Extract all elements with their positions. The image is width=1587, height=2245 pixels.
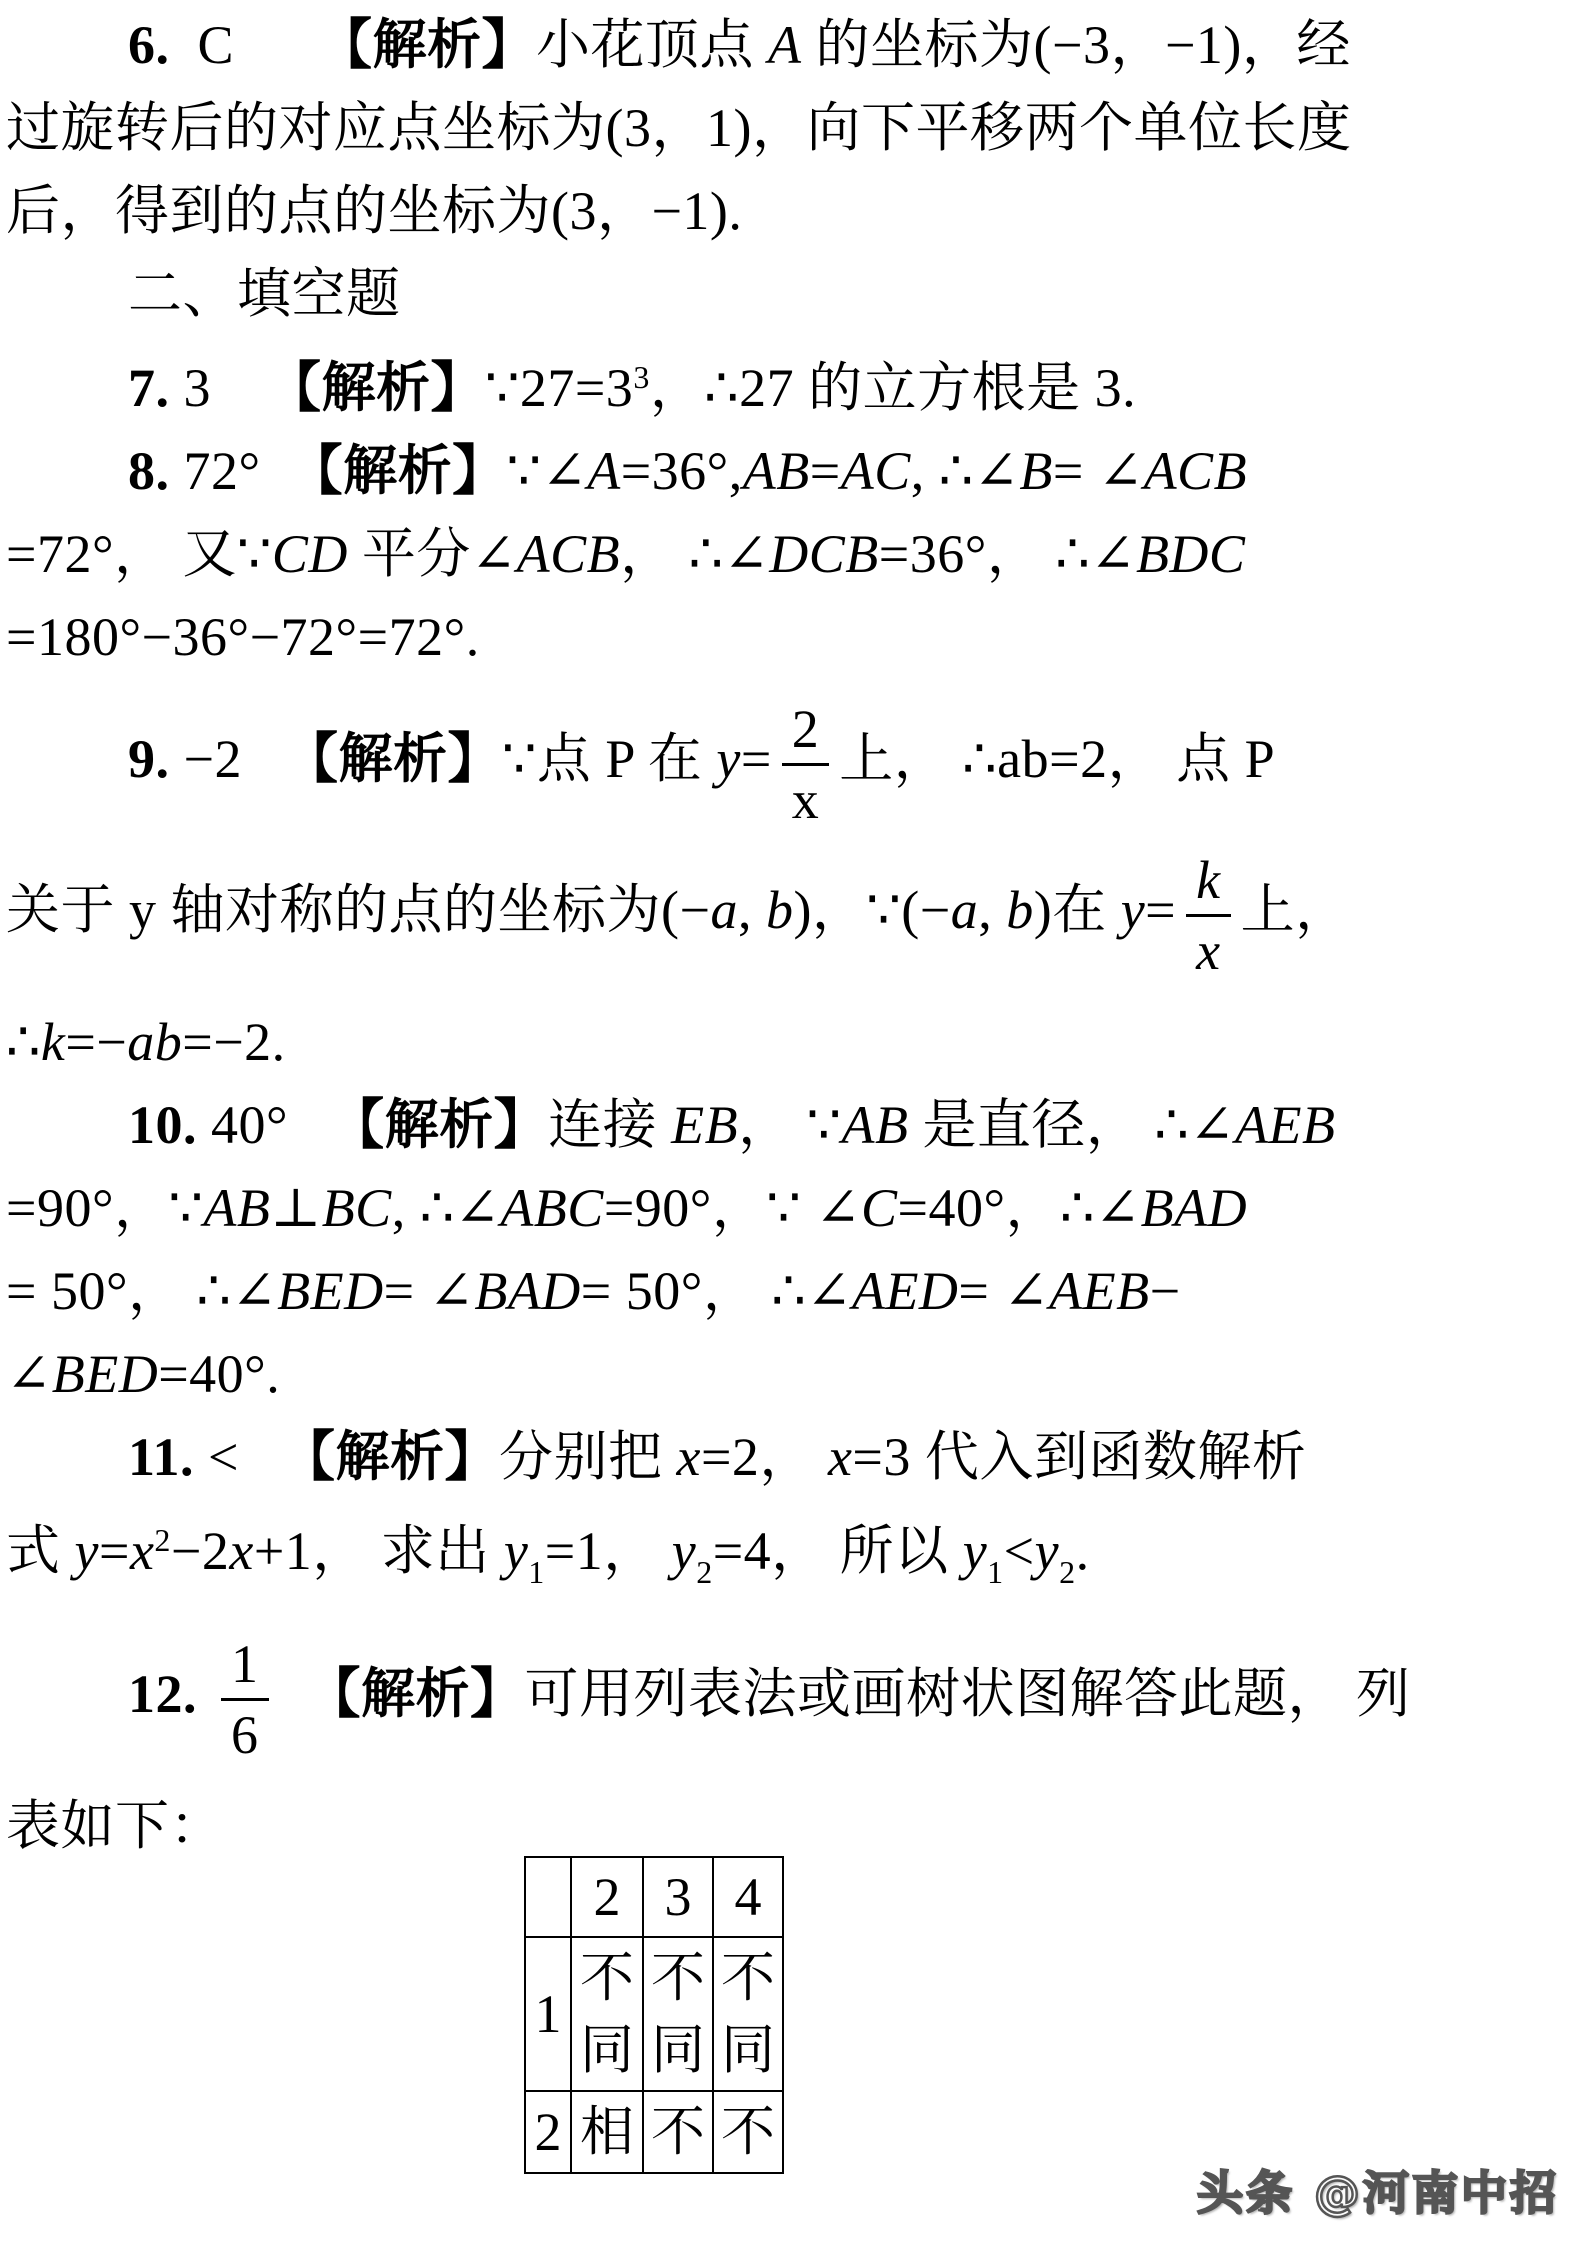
- text-segment: AEB: [1049, 1261, 1149, 1321]
- text-segment: x: [229, 1521, 253, 1581]
- text-segment: 后，得到的点的坐标为(3，−1).: [6, 181, 742, 241]
- table-cell: 不同: [571, 1937, 643, 2091]
- text-segment: y: [1035, 1521, 1059, 1581]
- text-segment: ,: [738, 880, 766, 940]
- fraction-numerator: k: [1186, 850, 1230, 917]
- text-segment: 11.: [128, 1427, 194, 1487]
- text-segment: 3: [633, 359, 650, 395]
- text-segment: =72°， 又∵: [6, 524, 272, 584]
- text-segment: 表如下：: [6, 1796, 224, 1856]
- text-segment: b: [766, 880, 794, 940]
- text-segment: +1， 求出: [254, 1521, 504, 1581]
- text-segment: AB: [743, 441, 810, 501]
- watermark: 头条 @河南中招: [1197, 2157, 1559, 2223]
- text-segment: A: [768, 15, 802, 75]
- text-segment: 8.: [128, 441, 170, 501]
- text-segment: 【解析】: [284, 729, 502, 789]
- text-segment: 上，: [1241, 880, 1350, 940]
- text-segment: C: [861, 1178, 898, 1238]
- probability-table: 2341不同不同不同2相不不: [524, 1856, 784, 2174]
- table-header-cell: 3: [643, 1857, 713, 1937]
- text-segment: 【解析】: [289, 441, 507, 501]
- text-segment: = 50°， ∴∠: [6, 1261, 277, 1321]
- text-segment: =: [1145, 880, 1176, 940]
- text-segment: C: [170, 15, 319, 75]
- text-line: 6. C 【解析】小花顶点 A 的坐标为(−3，−1)，经: [0, 4, 1587, 87]
- text-line: 式 y=x2−2x+1， 求出 y1=1， y2=4， 所以 y1<y2.: [0, 1499, 1587, 1614]
- text-segment: 的坐标为(−3，−1)，经: [802, 15, 1351, 75]
- text-segment: −2: [171, 1521, 229, 1581]
- text-segment: )，∵(−: [793, 880, 950, 940]
- text-line: 8. 72° 【解析】∵∠A=36°,AB=AC, ∴∠B= ∠ACB: [0, 430, 1587, 513]
- text-line: = 50°， ∴∠BED= ∠BAD= 50°， ∴∠AED= ∠AEB−: [0, 1250, 1587, 1333]
- table-row-label: 1: [525, 1937, 571, 2091]
- text-segment: AED: [852, 1261, 958, 1321]
- text-segment: ABC: [500, 1178, 604, 1238]
- fraction-denominator: 6: [221, 1701, 269, 1765]
- text-line: 关于 y 轴对称的点的坐标为(−a, b)，∵(−a, b)在 y=kx上，: [0, 850, 1587, 981]
- text-line: ∠BED=40°.: [0, 1333, 1587, 1416]
- text-segment: =40°，∴∠: [898, 1178, 1141, 1238]
- text-segment: y: [504, 1521, 528, 1581]
- text-segment: ∵∠: [507, 441, 588, 501]
- text-segment: 6.: [128, 15, 170, 75]
- table-cell: 不: [713, 2091, 783, 2173]
- text-segment: , ∴∠: [392, 1178, 501, 1238]
- text-segment: 72°: [170, 441, 289, 501]
- text-segment: ACB: [517, 524, 621, 584]
- table-row-label: 2: [525, 2091, 571, 2173]
- text-segment: 是直径， ∴∠: [908, 1095, 1235, 1155]
- table-body: 2341不同不同不同2相不不: [525, 1857, 783, 2173]
- text-segment: =1，: [545, 1521, 672, 1581]
- text-segment: =90°，∵ ∠: [604, 1178, 861, 1238]
- text-segment: x: [677, 1427, 701, 1487]
- text-line: 11. < 【解析】分别把 x=2， x=3 代入到函数解析: [0, 1416, 1587, 1499]
- table-row: 2相不不: [525, 2091, 783, 2173]
- text-segment: 10.: [128, 1095, 197, 1155]
- text-line: =72°， 又∵CD 平分∠ACB， ∴∠DCB=36°， ∴∠BDC: [0, 513, 1587, 596]
- text-segment: ,: [978, 880, 1006, 940]
- text-line: 9. −2 【解析】∵点 P 在 y=2x上， ∴ab=2， 点 P: [0, 699, 1587, 830]
- text-segment: y: [716, 729, 740, 789]
- text-segment: y: [75, 1521, 99, 1581]
- text-segment: =36°,: [621, 441, 743, 501]
- text-segment: CD: [272, 524, 348, 584]
- fraction-denominator: x: [782, 766, 830, 830]
- text-segment: [197, 1664, 211, 1724]
- text-segment: b: [1006, 880, 1034, 940]
- text-segment: =4， 所以: [713, 1521, 963, 1581]
- text-segment: BED: [52, 1344, 158, 1404]
- text-segment: 2: [154, 1522, 171, 1558]
- text-segment: ， ∴∠: [620, 524, 769, 584]
- text-segment: 连接: [548, 1095, 671, 1155]
- text-segment: a: [710, 880, 738, 940]
- fraction-numerator: 2: [782, 699, 830, 766]
- table-header-row: 234: [525, 1857, 783, 1937]
- text-segment: AB: [841, 1095, 908, 1155]
- text-line: =90°，∵AB⊥BC, ∴∠ABC=90°，∵ ∠C=40°，∴∠BAD: [0, 1167, 1587, 1250]
- text-segment: AB: [203, 1178, 270, 1238]
- table-cell: 不: [643, 2091, 713, 2173]
- table-cell: 不同: [643, 1937, 713, 2091]
- table-header-cell: 4: [713, 1857, 783, 1937]
- text-segment: ∠: [6, 1344, 52, 1404]
- text-line: =180°−36°−72°=72°.: [0, 596, 1587, 679]
- text-line: 10. 40° 【解析】连接 EB， ∵AB 是直径， ∴∠AEB: [0, 1084, 1587, 1167]
- text-segment: =−2.: [182, 1012, 285, 1072]
- text-segment: 可用列表法或画树状图解答此题， 列: [525, 1664, 1411, 1724]
- text-segment: 2: [1059, 1554, 1076, 1590]
- text-segment: 【解析】: [330, 1095, 548, 1155]
- text-segment: <: [194, 1427, 281, 1487]
- text-line: 12. 16 【解析】可用列表法或画树状图解答此题， 列: [0, 1634, 1587, 1765]
- text-segment: =2，: [701, 1427, 828, 1487]
- text-segment: ，∴27 的立方根是 3.: [650, 358, 1136, 418]
- text-segment: .: [1076, 1521, 1090, 1581]
- text-segment: 小花顶点: [536, 15, 768, 75]
- text-segment: y: [963, 1521, 987, 1581]
- fraction-numerator: 1: [221, 1634, 269, 1701]
- text-segment: BED: [277, 1261, 383, 1321]
- text-segment: 2: [696, 1554, 713, 1590]
- text-segment: BC: [322, 1178, 392, 1238]
- text-segment: ⊥: [270, 1178, 321, 1238]
- text-segment: BAD: [474, 1261, 580, 1321]
- text-segment: 12.: [128, 1664, 197, 1724]
- text-segment: 9.: [128, 729, 170, 789]
- fraction: kx: [1186, 850, 1230, 981]
- text-segment: 【解析】: [318, 15, 536, 75]
- table-cell: 相: [571, 2091, 643, 2173]
- text-segment: 1: [528, 1554, 545, 1590]
- text-segment: = 50°， ∴∠: [581, 1261, 852, 1321]
- text-segment: 过旋转后的对应点坐标为(3，1)，向下平移两个单位长度: [6, 98, 1351, 158]
- text-segment: 上， ∴ab=2， 点 P: [839, 729, 1275, 789]
- text-segment: , ∴∠: [911, 441, 1020, 501]
- text-segment: = ∠: [958, 1261, 1049, 1321]
- text-segment: DCB: [769, 524, 879, 584]
- text-segment: y: [1121, 880, 1145, 940]
- text-segment: AC: [841, 441, 911, 501]
- text-segment: EB: [671, 1095, 738, 1155]
- table-corner-cell: [525, 1857, 571, 1937]
- text-segment: =40°.: [158, 1344, 280, 1404]
- text-segment: ， ∵: [738, 1095, 841, 1155]
- text-segment: x: [130, 1521, 154, 1581]
- text-segment: AEB: [1235, 1095, 1335, 1155]
- table-row: 1不同不同不同: [525, 1937, 783, 2091]
- text-segment: A: [587, 441, 621, 501]
- text-line: 二、填空题: [0, 253, 1587, 336]
- text-segment: BDC: [1136, 524, 1246, 584]
- text-segment: 式: [6, 1521, 75, 1581]
- text-segment: <: [1004, 1521, 1035, 1581]
- fraction-denominator: x: [1186, 917, 1230, 981]
- text-segment: ∴: [6, 1012, 41, 1072]
- text-segment: 二、填空题: [128, 264, 401, 324]
- text-segment: k: [41, 1012, 65, 1072]
- text-segment: BAD: [1141, 1178, 1247, 1238]
- text-segment: =: [741, 729, 772, 789]
- text-segment: 3: [170, 358, 268, 418]
- text-segment: 【解析】: [281, 1427, 499, 1487]
- text-segment: a: [951, 880, 979, 940]
- text-segment: y: [672, 1521, 696, 1581]
- text-segment: =: [99, 1521, 130, 1581]
- text-segment: 40°: [197, 1095, 330, 1155]
- text-line: 7. 3 【解析】∵27=33，∴27 的立方根是 3.: [0, 336, 1587, 430]
- text-segment: 平分∠: [348, 524, 517, 584]
- fraction: 2x: [782, 699, 830, 830]
- text-segment: =−: [65, 1012, 127, 1072]
- table-header-cell: 2: [571, 1857, 643, 1937]
- text-segment: 【解析】: [267, 358, 485, 418]
- text-line: 过旋转后的对应点坐标为(3，1)，向下平移两个单位长度: [0, 87, 1587, 170]
- text-segment: )在: [1034, 880, 1121, 940]
- fraction: 16: [221, 1634, 269, 1765]
- text-segment: x: [828, 1427, 852, 1487]
- table-cell: 不同: [713, 1937, 783, 2091]
- text-line: 后，得到的点的坐标为(3，−1).: [0, 170, 1587, 253]
- document-page: 6. C 【解析】小花顶点 A 的坐标为(−3，−1)，经过旋转后的对应点坐标为…: [0, 0, 1587, 2245]
- text-segment: 关于 y 轴对称的点的坐标为(−: [6, 880, 710, 940]
- document-lines: 6. C 【解析】小花顶点 A 的坐标为(−3，−1)，经过旋转后的对应点坐标为…: [0, 4, 1587, 1868]
- text-segment: =90°，∵: [6, 1178, 203, 1238]
- table-wrap: 2341不同不同不同2相不不: [524, 1856, 1587, 2174]
- text-segment: B: [1019, 441, 1053, 501]
- text-segment: ab: [127, 1012, 182, 1072]
- text-segment: −2: [170, 729, 284, 789]
- text-segment: =3 代入到函数解析: [852, 1427, 1306, 1487]
- text-segment: =180°−36°−72°=72°.: [6, 607, 480, 667]
- text-segment: =: [810, 441, 841, 501]
- text-segment: 1: [987, 1554, 1004, 1590]
- text-line: ∴k=−ab=−2.: [0, 1001, 1587, 1084]
- text-segment: ACB: [1144, 441, 1248, 501]
- text-segment: =36°， ∴∠: [879, 524, 1136, 584]
- text-segment: 分别把: [499, 1427, 677, 1487]
- text-segment: ∵27=3: [485, 358, 633, 418]
- text-segment: = ∠: [384, 1261, 475, 1321]
- text-segment: ∵点 P 在: [502, 729, 716, 789]
- text-segment: [279, 1664, 307, 1724]
- text-segment: 【解析】: [307, 1664, 525, 1724]
- text-segment: = ∠: [1053, 441, 1144, 501]
- text-segment: 7.: [128, 358, 170, 418]
- text-segment: −: [1150, 1261, 1181, 1321]
